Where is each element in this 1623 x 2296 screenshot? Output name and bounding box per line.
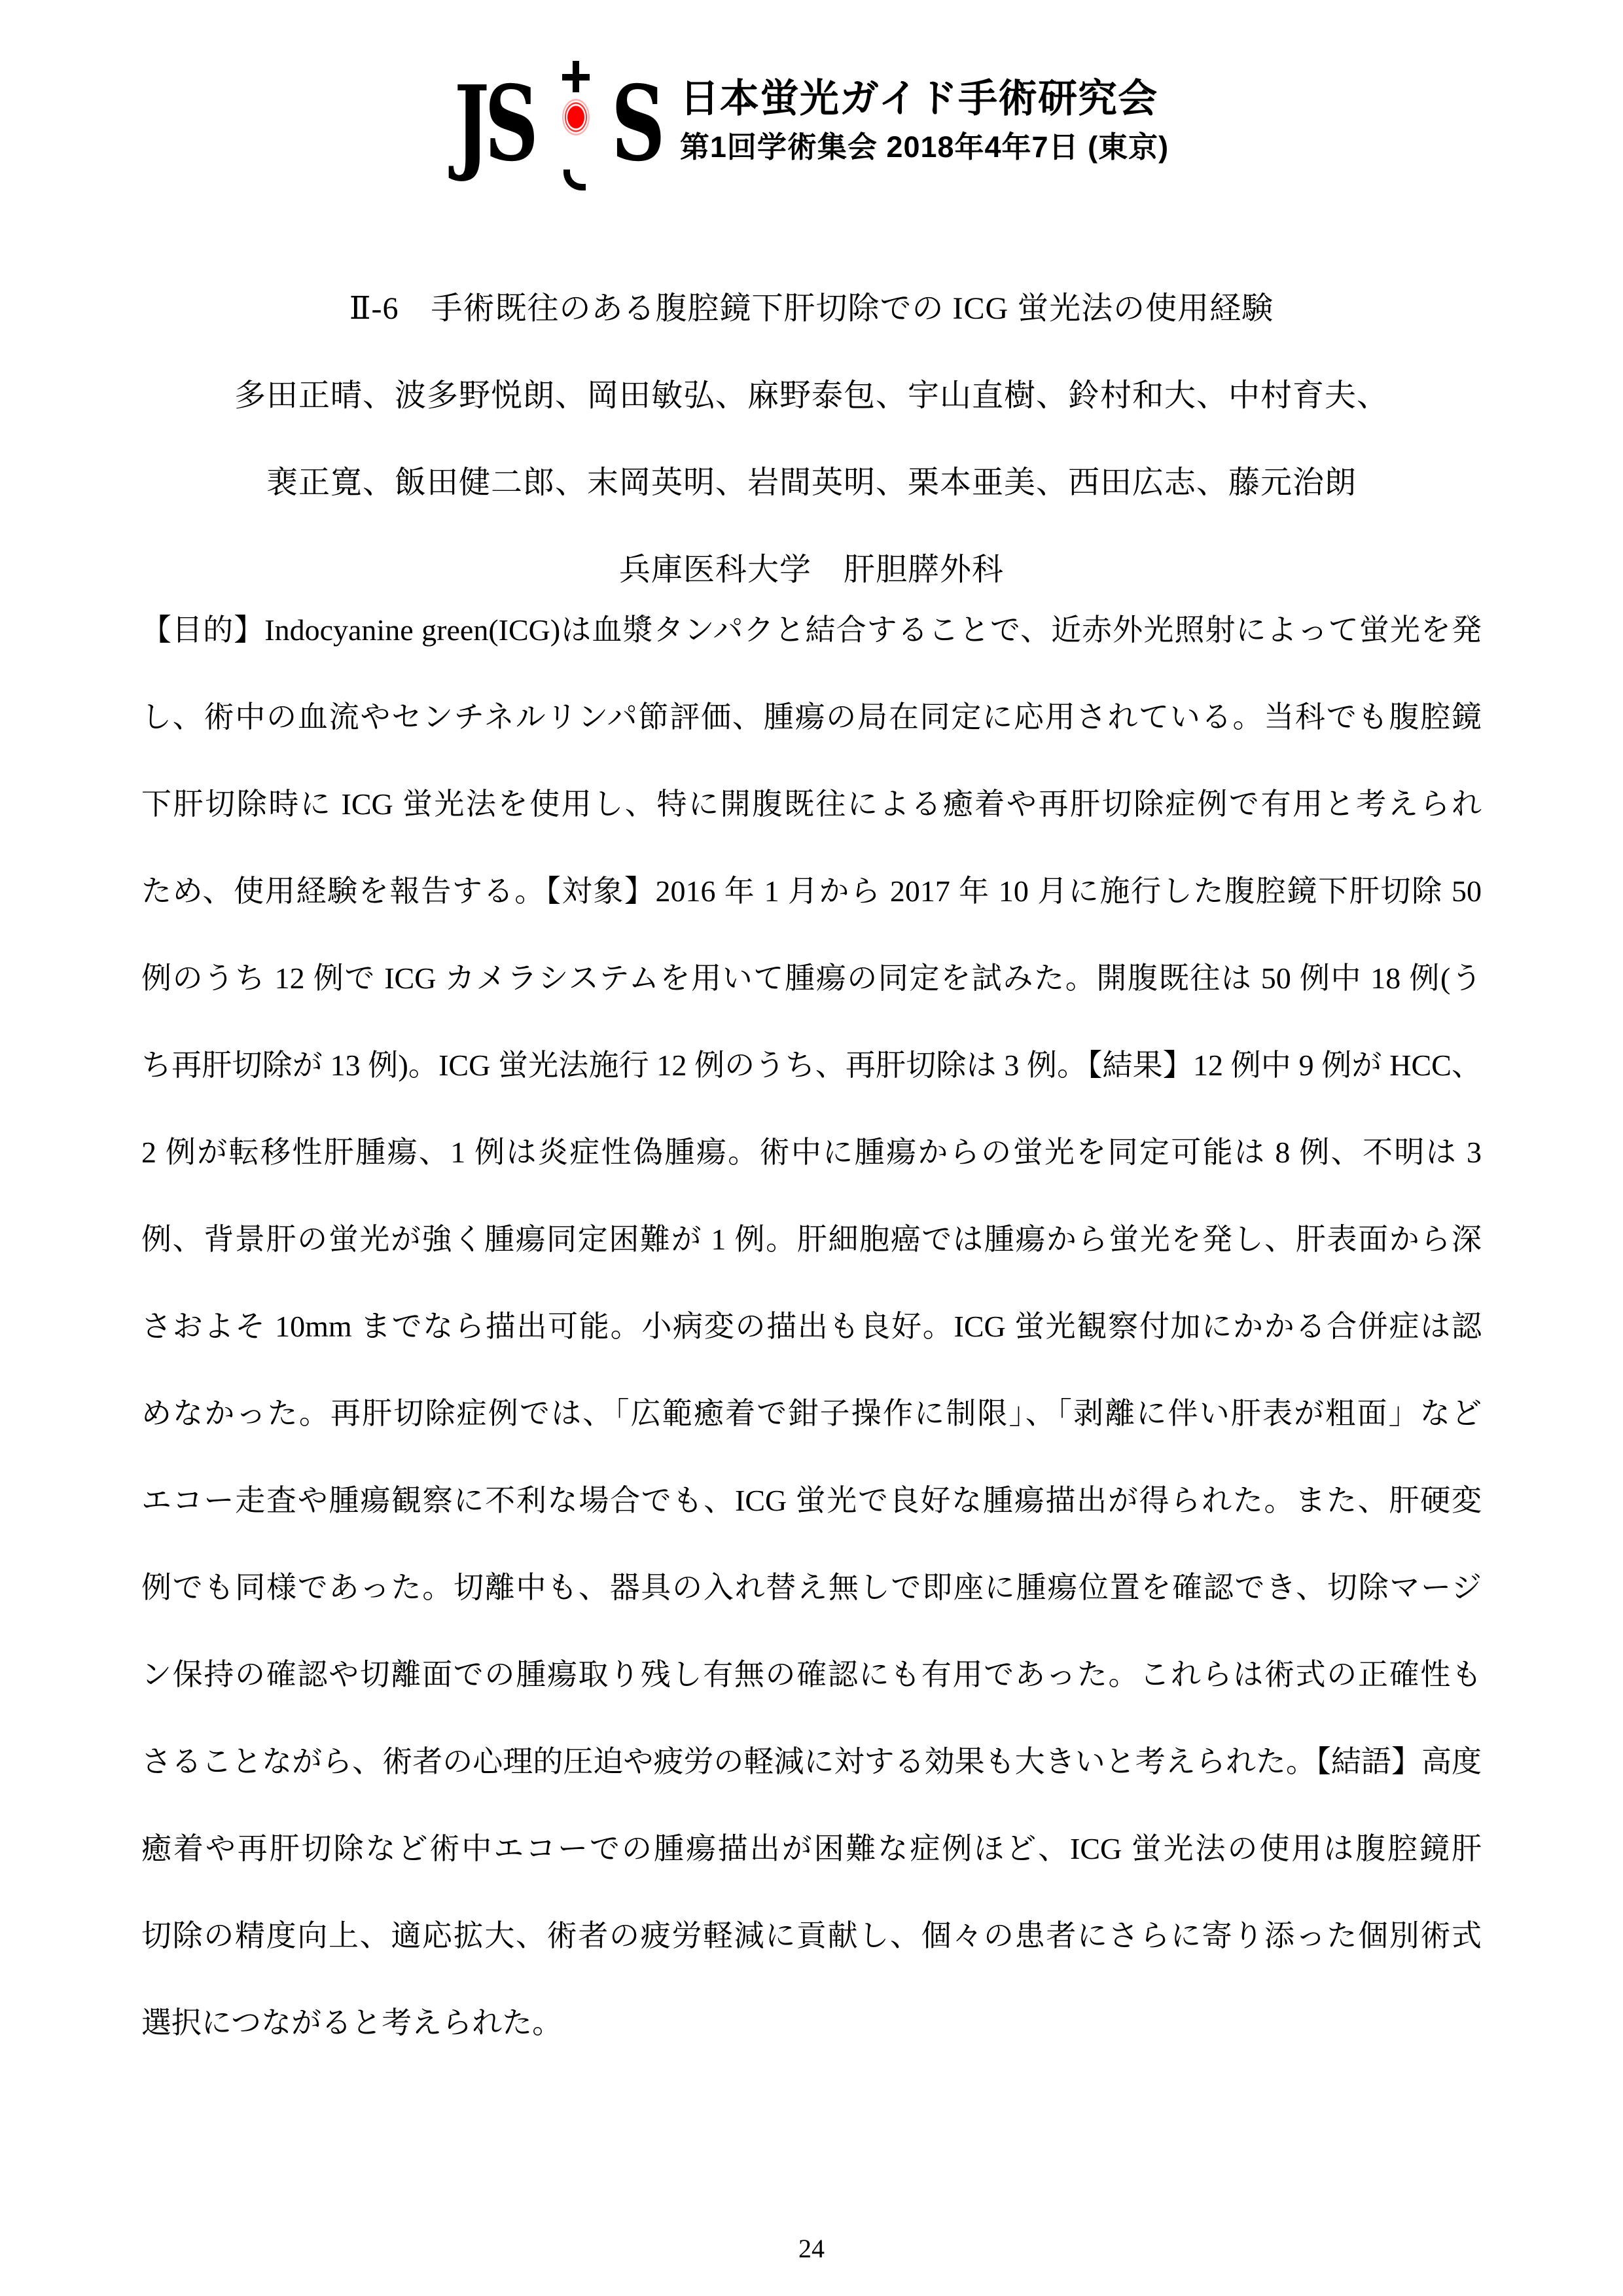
logo-descender-shape [563, 170, 586, 190]
body-line: さることながら、術者の心理的圧迫や疲労の軽減に対する効果も大きいと考えられた。【… [141, 1718, 1482, 1805]
affiliation: 兵庫医科大学 肝胆膵外科 [0, 544, 1623, 589]
body-line: し、術中の血流やセンチネルリンパ節評価、腫瘍の局在同定に応用されている。当科でも… [141, 673, 1482, 761]
authors-line-2: 裵正寛、飯田健二郎、末岡英明、岩間英明、栗本亜美、西田広志、藤元治朗 [0, 457, 1623, 502]
abstract-title: Ⅱ-6 手術既往のある腹腔鏡下肝切除での ICG 蛍光法の使用経験 [0, 283, 1623, 328]
logo-letters-right: S [611, 75, 660, 173]
body-line: ン保持の確認や切離面での腫瘍取り残し有無の確認にも有用であった。これらは術式の正… [141, 1631, 1482, 1718]
body-line: ち再肝切除が 13 例)。ICG 蛍光法施行 12 例のうち、再肝切除は 3 例… [141, 1022, 1482, 1109]
body-line: 例でも同様であった。切離中も、器具の入れ替え無しで即座に腫瘍位置を確認でき、切除… [141, 1544, 1482, 1631]
body-line: さおよそ 10mm までなら描出可能。小病変の描出も良好。ICG 蛍光観察付加に… [141, 1283, 1482, 1370]
header-text: 日本蛍光ガイド手術研究会 第1回学術集会 2018年4年7日 (東京) [680, 77, 1169, 166]
abstract-page: JS S 日本蛍光ガイド手術研究会 第1回学術集会 2018年4年7日 (東京)… [0, 0, 1623, 2296]
body-line: ため、使用経験を報告する。【対象】2016 年 1 月から 2017 年 10 … [141, 848, 1482, 935]
body-line: 例のうち 12 例で ICG カメラシステムを用いて腫瘍の同定を試みた。開腹既往… [141, 935, 1482, 1022]
body-line: 切除の精度向上、適応拡大、術者の疲労軽減に貢献し、個々の患者にさらに寄り添った個… [141, 1892, 1482, 1979]
logo-cross-shape [562, 74, 590, 81]
page-number: 24 [0, 2233, 1623, 2264]
body-line: 【目的】Indocyanine green(ICG)は血漿タンパクと結合すること… [141, 586, 1482, 673]
body-line: エコー走査や腫瘍観察に不利な場合でも、ICG 蛍光で良好な腫瘍描出が得られた。ま… [141, 1457, 1482, 1544]
body-line: 2 例が転移性肝腫瘍、1 例は炎症性偽腫瘍。術中に腫瘍からの蛍光を同定可能は 8… [141, 1109, 1482, 1196]
header: JS S 日本蛍光ガイド手術研究会 第1回学術集会 2018年4年7日 (東京) [0, 69, 1623, 173]
body-line: めなかった。再肝切除症例では、「広範癒着で鉗子操作に制限」、「剥離に伴い肝表が粗… [141, 1370, 1482, 1457]
body-line: 下肝切除時に ICG 蛍光法を使用し、特に開腹既往による癒着や再肝切除症例で有用… [141, 761, 1482, 848]
body-line: 例、背景肝の蛍光が強く腫瘍同定困難が 1 例。肝細胞癌では腫瘍から蛍光を発し、肝… [141, 1196, 1482, 1283]
body-line: 選択につながると考えられた。 [141, 1979, 1482, 2066]
body-line: 癒着や再肝切除など術中エコーでの腫瘍描出が困難な症例ほど、ICG 蛍光法の使用は… [141, 1805, 1482, 1892]
logo-fluorescence-mark [556, 69, 596, 173]
society-name: 日本蛍光ガイド手術研究会 [680, 77, 1169, 120]
meeting-info: 第1回学術集会 2018年4年7日 (東京) [680, 123, 1169, 166]
abstract-body: 【目的】Indocyanine green(ICG)は血漿タンパクと結合すること… [141, 586, 1482, 2066]
fluorescent-dot-icon [560, 96, 592, 138]
jsfgs-logo-icon: JS S [454, 69, 660, 173]
authors-line-1: 多田正晴、波多野悦朗、岡田敏弘、麻野泰包、宇山直樹、鈴村和大、中村育夫、 [0, 370, 1623, 415]
logo-letters-left: JS [454, 75, 534, 173]
